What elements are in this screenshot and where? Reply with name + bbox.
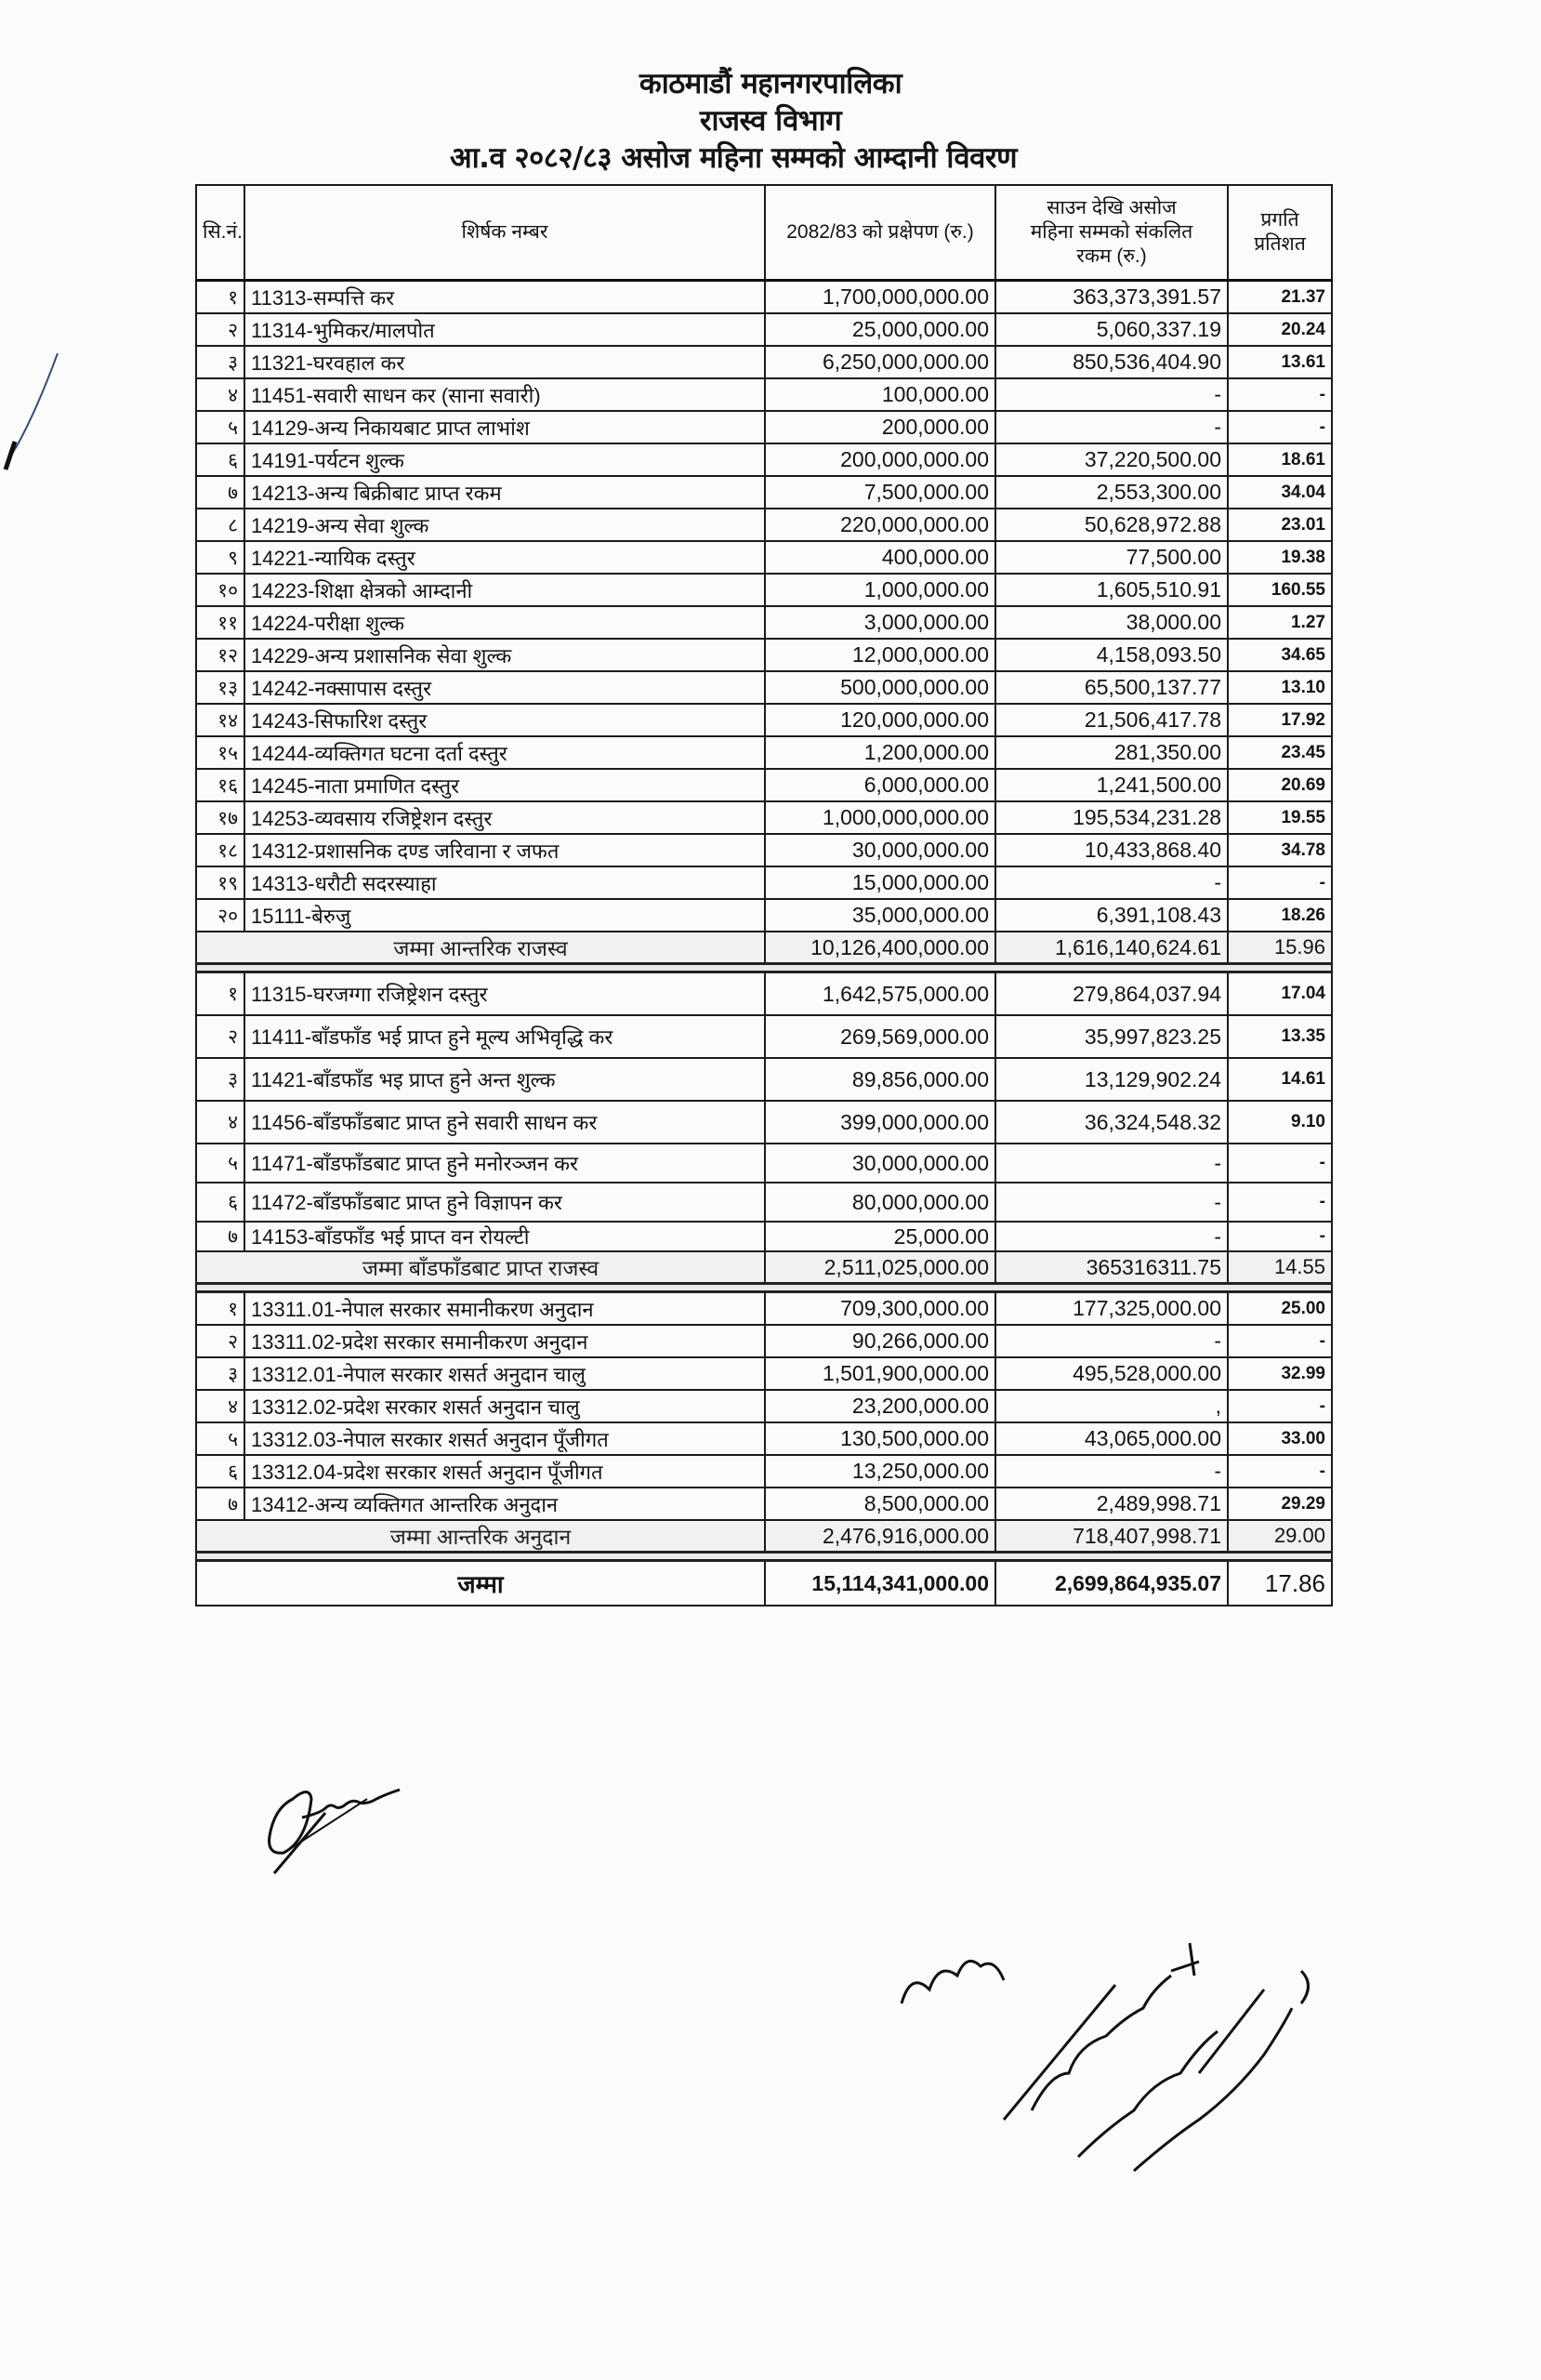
collected-amount: 36,324,548.32 bbox=[995, 1101, 1228, 1144]
revenue-heading: 13312.02-प्रदेश सरकार शसर्त अनुदान चालु bbox=[244, 1390, 765, 1422]
revenue-heading: 11421-बाँडफाँड भइ प्राप्त हुने अन्त शुल्… bbox=[244, 1058, 765, 1101]
collected-amount: 50,628,972.88 bbox=[995, 509, 1228, 541]
projection-amount: 30,000,000.00 bbox=[765, 1144, 995, 1183]
revenue-heading: 14224-परीक्षा शुल्क bbox=[244, 606, 765, 639]
progress-percent: - bbox=[1228, 1222, 1332, 1251]
table-row: १८14312-प्रशासनिक दण्ड जरिवाना र जफत30,0… bbox=[196, 834, 1332, 866]
table-row: ९14221-न्यायिक दस्तुर400,000.0077,500.00… bbox=[196, 541, 1332, 574]
table-row: ४13312.02-प्रदेश सरकार शसर्त अनुदान चालु… bbox=[196, 1390, 1332, 1422]
revenue-heading: 14242-नक्सापास दस्तुर bbox=[244, 671, 765, 704]
projection-amount: 1,000,000.00 bbox=[765, 574, 995, 606]
table-row: ५13312.03-नेपाल सरकार शसर्त अनुदान पूँजी… bbox=[196, 1422, 1332, 1455]
projection-amount: 130,500,000.00 bbox=[765, 1422, 995, 1455]
table-row: २11411-बाँडफाँड भई प्राप्त हुने मूल्य अभ… bbox=[196, 1015, 1332, 1058]
revenue-heading: 14219-अन्य सेवा शुल्क bbox=[244, 509, 765, 541]
serial-number: ५ bbox=[196, 1422, 244, 1455]
collected-amount: 38,000.00 bbox=[995, 606, 1228, 639]
table-row: ५14129-अन्य निकायबाट प्राप्त लाभांश200,0… bbox=[196, 411, 1332, 443]
collected-amount: 37,220,500.00 bbox=[995, 443, 1228, 476]
progress-percent: 13.10 bbox=[1228, 671, 1332, 704]
projection-amount: 23,200,000.00 bbox=[765, 1390, 995, 1422]
table-row: १३14242-नक्सापास दस्तुर500,000,000.0065,… bbox=[196, 671, 1332, 704]
col-progress: प्रगति प्रतिशत bbox=[1228, 185, 1332, 281]
progress-percent: 17.04 bbox=[1228, 972, 1332, 1016]
serial-number: ११ bbox=[196, 606, 244, 639]
serial-number: १९ bbox=[196, 866, 244, 899]
revenue-heading: 14129-अन्य निकायबाट प्राप्त लाभांश bbox=[244, 411, 765, 443]
margin-pen-mark bbox=[0, 353, 65, 543]
table-row: १५14244-व्यक्तिगत घटना दर्ता दस्तुर1,200… bbox=[196, 736, 1332, 769]
progress-percent: 23.45 bbox=[1228, 736, 1332, 769]
revenue-heading: 13311.01-नेपाल सरकार समानीकरण अनुदान bbox=[244, 1292, 765, 1326]
collected-amount: 43,065,000.00 bbox=[995, 1422, 1228, 1455]
table-row: ६13312.04-प्रदेश सरकार शसर्त अनुदान पूँज… bbox=[196, 1455, 1332, 1487]
col-projection: 2082/83 को प्रक्षेपण (रु.) bbox=[765, 185, 995, 281]
serial-number: १२ bbox=[196, 639, 244, 671]
collected-amount: 2,553,300.00 bbox=[995, 476, 1228, 509]
table-row: ५11471-बाँडफाँडबाट प्राप्त हुने मनोरञ्जन… bbox=[196, 1144, 1332, 1183]
projection-amount: 269,569,000.00 bbox=[765, 1015, 995, 1058]
projection-amount: 8,500,000.00 bbox=[765, 1487, 995, 1520]
serial-number: ९ bbox=[196, 541, 244, 574]
revenue-heading: 11472-बाँडफाँडबाट प्राप्त हुने विज्ञापन … bbox=[244, 1183, 765, 1222]
grand-total-label: जम्मा bbox=[196, 1561, 765, 1606]
subtotal-collected: 1,616,140,624.61 bbox=[995, 932, 1228, 964]
collected-amount: - bbox=[995, 866, 1228, 899]
subtotal-projection: 2,476,916,000.00 bbox=[765, 1520, 995, 1553]
progress-percent: - bbox=[1228, 1325, 1332, 1357]
projection-amount: 100,000.00 bbox=[765, 378, 995, 411]
progress-percent: - bbox=[1228, 1183, 1332, 1222]
serial-number: ४ bbox=[196, 378, 244, 411]
collected-amount: - bbox=[995, 1325, 1228, 1357]
progress-percent: 19.38 bbox=[1228, 541, 1332, 574]
collected-amount: - bbox=[995, 1222, 1228, 1251]
section-separator bbox=[196, 1553, 1332, 1561]
projection-amount: 3,000,000.00 bbox=[765, 606, 995, 639]
document-header: काठमाडौं महानगरपालिका राजस्व विभाग आ.व २… bbox=[0, 65, 1541, 177]
serial-number: ७ bbox=[196, 1222, 244, 1251]
revenue-heading: 11471-बाँडफाँडबाट प्राप्त हुने मनोरञ्जन … bbox=[244, 1144, 765, 1183]
table-row: ४11456-बाँडफाँडबाट प्राप्त हुने सवारी सा… bbox=[196, 1101, 1332, 1144]
collected-amount: 495,528,000.00 bbox=[995, 1357, 1228, 1390]
section-separator bbox=[196, 964, 1332, 972]
projection-amount: 1,700,000,000.00 bbox=[765, 281, 995, 314]
serial-number: ७ bbox=[196, 476, 244, 509]
serial-number: ४ bbox=[196, 1390, 244, 1422]
revenue-heading: 13312.03-नेपाल सरकार शसर्त अनुदान पूँजीग… bbox=[244, 1422, 765, 1455]
projection-amount: 1,200,000.00 bbox=[765, 736, 995, 769]
col-serial: सि.नं. bbox=[196, 185, 244, 281]
projection-amount: 12,000,000.00 bbox=[765, 639, 995, 671]
subtotal-label: जम्मा बाँडफाँडबाट प्राप्त राजस्व bbox=[196, 1251, 765, 1284]
serial-number: १ bbox=[196, 972, 244, 1016]
revenue-heading: 14223-शिक्षा क्षेत्रको आम्दानी bbox=[244, 574, 765, 606]
revenue-heading: 14244-व्यक्तिगत घटना दर्ता दस्तुर bbox=[244, 736, 765, 769]
projection-amount: 1,000,000,000.00 bbox=[765, 801, 995, 834]
collected-amount: 13,129,902.24 bbox=[995, 1058, 1228, 1101]
serial-number: २ bbox=[196, 1325, 244, 1357]
table-row: ८14219-अन्य सेवा शुल्क220,000,000.0050,6… bbox=[196, 509, 1332, 541]
progress-percent: 160.55 bbox=[1228, 574, 1332, 606]
collected-amount: 5,060,337.19 bbox=[995, 313, 1228, 346]
table-row: १11313-सम्पत्ति कर1,700,000,000.00363,37… bbox=[196, 281, 1332, 314]
serial-number: १४ bbox=[196, 704, 244, 736]
projection-amount: 1,501,900,000.00 bbox=[765, 1357, 995, 1390]
progress-percent: 17.92 bbox=[1228, 704, 1332, 736]
serial-number: १६ bbox=[196, 769, 244, 801]
subtotal-projection: 2,511,025,000.00 bbox=[765, 1251, 995, 1284]
report-title: आ.व २०८२/८३ असोज महिना सम्मको आम्दानी वि… bbox=[0, 139, 1541, 177]
progress-percent: - bbox=[1228, 1390, 1332, 1422]
serial-number: ६ bbox=[196, 1183, 244, 1222]
table-row: ११14224-परीक्षा शुल्क3,000,000.0038,000.… bbox=[196, 606, 1332, 639]
table-row: १२14229-अन्य प्रशासनिक सेवा शुल्क12,000,… bbox=[196, 639, 1332, 671]
projection-amount: 89,856,000.00 bbox=[765, 1058, 995, 1101]
progress-percent: 14.61 bbox=[1228, 1058, 1332, 1101]
revenue-heading: 11411-बाँडफाँड भई प्राप्त हुने मूल्य अभि… bbox=[244, 1015, 765, 1058]
subtotal-percent: 15.96 bbox=[1228, 932, 1332, 964]
department-name: राजस्व विभाग bbox=[0, 102, 1541, 139]
col-collected: साउन देखि असोज महिना सम्मको संकलित रकम (… bbox=[995, 185, 1228, 281]
serial-number: १ bbox=[196, 1292, 244, 1326]
table-row: ६14191-पर्यटन शुल्क200,000,000.0037,220,… bbox=[196, 443, 1332, 476]
collected-amount: 195,534,231.28 bbox=[995, 801, 1228, 834]
projection-amount: 80,000,000.00 bbox=[765, 1183, 995, 1222]
revenue-heading: 14253-व्यवसाय रजिष्ट्रेशन दस्तुर bbox=[244, 801, 765, 834]
org-name: काठमाडौं महानगरपालिका bbox=[0, 65, 1541, 102]
serial-number: १५ bbox=[196, 736, 244, 769]
progress-percent: - bbox=[1228, 378, 1332, 411]
projection-amount: 400,000.00 bbox=[765, 541, 995, 574]
grand-total-percent: 17.86 bbox=[1228, 1561, 1332, 1606]
projection-amount: 399,000,000.00 bbox=[765, 1101, 995, 1144]
projection-amount: 25,000.00 bbox=[765, 1222, 995, 1251]
projection-amount: 6,250,000,000.00 bbox=[765, 346, 995, 378]
revenue-heading: 13312.04-प्रदेश सरकार शसर्त अनुदान पूँजी… bbox=[244, 1455, 765, 1487]
progress-percent: 29.29 bbox=[1228, 1487, 1332, 1520]
serial-number: ३ bbox=[196, 346, 244, 378]
collected-amount: 77,500.00 bbox=[995, 541, 1228, 574]
section-separator bbox=[196, 1284, 1332, 1292]
collected-amount: 850,536,404.90 bbox=[995, 346, 1228, 378]
progress-percent: - bbox=[1228, 1455, 1332, 1487]
revenue-heading: 14243-सिफारिश दस्तुर bbox=[244, 704, 765, 736]
collected-amount: - bbox=[995, 411, 1228, 443]
progress-percent: 18.26 bbox=[1228, 899, 1332, 932]
collected-amount: - bbox=[995, 378, 1228, 411]
table-row: १11315-घरजग्गा रजिष्ट्रेशन दस्तुर1,642,5… bbox=[196, 972, 1332, 1016]
progress-percent: 25.00 bbox=[1228, 1292, 1332, 1326]
table-row: २11314-भुमिकर/मालपोत25,000,000.005,060,3… bbox=[196, 313, 1332, 346]
revenue-heading: 14221-न्यायिक दस्तुर bbox=[244, 541, 765, 574]
subtotal-projection: 10,126,400,000.00 bbox=[765, 932, 995, 964]
separator-cell bbox=[196, 1284, 1332, 1292]
table-row: १०14223-शिक्षा क्षेत्रको आम्दानी1,000,00… bbox=[196, 574, 1332, 606]
projection-amount: 90,266,000.00 bbox=[765, 1325, 995, 1357]
serial-number: २ bbox=[196, 313, 244, 346]
progress-percent: 20.69 bbox=[1228, 769, 1332, 801]
progress-percent: - bbox=[1228, 1144, 1332, 1183]
serial-number: २० bbox=[196, 899, 244, 932]
projection-amount: 13,250,000.00 bbox=[765, 1455, 995, 1487]
table-row: ३11421-बाँडफाँड भइ प्राप्त हुने अन्त शुल… bbox=[196, 1058, 1332, 1101]
collected-amount: 279,864,037.94 bbox=[995, 972, 1228, 1016]
collected-amount: - bbox=[995, 1144, 1228, 1183]
serial-number: ४ bbox=[196, 1101, 244, 1144]
left-signature bbox=[237, 1762, 423, 1896]
table-row: १४14243-सिफारिश दस्तुर120,000,000.0021,5… bbox=[196, 704, 1332, 736]
collected-amount: 177,325,000.00 bbox=[995, 1292, 1228, 1326]
serial-number: ६ bbox=[196, 443, 244, 476]
projection-amount: 220,000,000.00 bbox=[765, 509, 995, 541]
progress-percent: 32.99 bbox=[1228, 1357, 1332, 1390]
serial-number: १७ bbox=[196, 801, 244, 834]
table-row: ७14213-अन्य बिक्रीबाट प्राप्त रकम7,500,0… bbox=[196, 476, 1332, 509]
serial-number: ८ bbox=[196, 509, 244, 541]
progress-percent: 9.10 bbox=[1228, 1101, 1332, 1144]
revenue-heading: 11456-बाँडफाँडबाट प्राप्त हुने सवारी साध… bbox=[244, 1101, 765, 1144]
serial-number: १८ bbox=[196, 834, 244, 866]
table-row: ७13412-अन्य व्यक्तिगत आन्तरिक अनुदान8,50… bbox=[196, 1487, 1332, 1520]
revenue-heading: 14312-प्रशासनिक दण्ड जरिवाना र जफत bbox=[244, 834, 765, 866]
revenue-heading: 11321-घरवहाल कर bbox=[244, 346, 765, 378]
revenue-heading: 11451-सवारी साधन कर (साना सवारी) bbox=[244, 378, 765, 411]
table-row: ६11472-बाँडफाँडबाट प्राप्त हुने विज्ञापन… bbox=[196, 1183, 1332, 1222]
subtotal-collected: 718,407,998.71 bbox=[995, 1520, 1228, 1553]
revenue-heading: 14313-धरौटी सदरस्याहा bbox=[244, 866, 765, 899]
collected-amount: - bbox=[995, 1183, 1228, 1222]
table-row: ३13312.01-नेपाल सरकार शसर्त अनुदान चालु1… bbox=[196, 1357, 1332, 1390]
projection-amount: 200,000.00 bbox=[765, 411, 995, 443]
revenue-heading: 11314-भुमिकर/मालपोत bbox=[244, 313, 765, 346]
subtotal-collected: 365316311.75 bbox=[995, 1251, 1228, 1284]
subtotal-row: जम्मा आन्तरिक अनुदान2,476,916,000.00718,… bbox=[196, 1520, 1332, 1553]
revenue-table: सि.नं. शिर्षक नम्बर 2082/83 को प्रक्षेपण… bbox=[195, 184, 1333, 1606]
subtotal-percent: 29.00 bbox=[1228, 1520, 1332, 1553]
collected-amount: 281,350.00 bbox=[995, 736, 1228, 769]
table-header-row: सि.नं. शिर्षक नम्बर 2082/83 को प्रक्षेपण… bbox=[196, 185, 1332, 281]
grand-total-collected: 2,699,864,935.07 bbox=[995, 1561, 1228, 1606]
serial-number: ५ bbox=[196, 1144, 244, 1183]
collected-amount: 1,605,510.91 bbox=[995, 574, 1228, 606]
progress-percent: 18.61 bbox=[1228, 443, 1332, 476]
serial-number: ६ bbox=[196, 1455, 244, 1487]
projection-amount: 25,000,000.00 bbox=[765, 313, 995, 346]
subtotal-row: जम्मा बाँडफाँडबाट प्राप्त राजस्व2,511,02… bbox=[196, 1251, 1332, 1284]
grand-total-projection: 15,114,341,000.00 bbox=[765, 1561, 995, 1606]
table-row: १९14313-धरौटी सदरस्याहा15,000,000.00-- bbox=[196, 866, 1332, 899]
subtotal-row: जम्मा आन्तरिक राजस्व10,126,400,000.001,6… bbox=[196, 932, 1332, 964]
serial-number: ५ bbox=[196, 411, 244, 443]
progress-percent: 19.55 bbox=[1228, 801, 1332, 834]
table-row: २13311.02-प्रदेश सरकार समानीकरण अनुदान90… bbox=[196, 1325, 1332, 1357]
progress-percent: 34.78 bbox=[1228, 834, 1332, 866]
table-row: १13311.01-नेपाल सरकार समानीकरण अनुदान709… bbox=[196, 1292, 1332, 1326]
revenue-heading: 13312.01-नेपाल सरकार शसर्त अनुदान चालु bbox=[244, 1357, 765, 1390]
progress-percent: 21.37 bbox=[1228, 281, 1332, 314]
projection-amount: 35,000,000.00 bbox=[765, 899, 995, 932]
table-body: १11313-सम्पत्ति कर1,700,000,000.00363,37… bbox=[196, 281, 1332, 1606]
serial-number: १३ bbox=[196, 671, 244, 704]
separator-cell bbox=[196, 1553, 1332, 1561]
progress-percent: - bbox=[1228, 411, 1332, 443]
progress-percent: 34.04 bbox=[1228, 476, 1332, 509]
serial-number: ३ bbox=[196, 1058, 244, 1101]
separator-cell bbox=[196, 964, 1332, 972]
projection-amount: 30,000,000.00 bbox=[765, 834, 995, 866]
revenue-heading: 13412-अन्य व्यक्तिगत आन्तरिक अनुदान bbox=[244, 1487, 765, 1520]
progress-percent: 23.01 bbox=[1228, 509, 1332, 541]
collected-amount: 1,241,500.00 bbox=[995, 769, 1228, 801]
serial-number: १० bbox=[196, 574, 244, 606]
progress-percent: 20.24 bbox=[1228, 313, 1332, 346]
collected-amount: 10,433,868.40 bbox=[995, 834, 1228, 866]
collected-amount: 65,500,137.77 bbox=[995, 671, 1228, 704]
collected-amount: 363,373,391.57 bbox=[995, 281, 1228, 314]
progress-percent: - bbox=[1228, 866, 1332, 899]
collected-amount: 21,506,417.78 bbox=[995, 704, 1228, 736]
collected-amount: 35,997,823.25 bbox=[995, 1015, 1228, 1058]
collected-amount: 4,158,093.50 bbox=[995, 639, 1228, 671]
grand-total-row: जम्मा15,114,341,000.002,699,864,935.0717… bbox=[196, 1561, 1332, 1606]
progress-percent: 13.35 bbox=[1228, 1015, 1332, 1058]
subtotal-label: जम्मा आन्तरिक राजस्व bbox=[196, 932, 765, 964]
table-row: २०15111-बेरुजु35,000,000.006,391,108.431… bbox=[196, 899, 1332, 932]
collected-amount: 2,489,998.71 bbox=[995, 1487, 1228, 1520]
projection-amount: 500,000,000.00 bbox=[765, 671, 995, 704]
serial-number: ७ bbox=[196, 1487, 244, 1520]
serial-number: ३ bbox=[196, 1357, 244, 1390]
progress-percent: 34.65 bbox=[1228, 639, 1332, 671]
projection-amount: 200,000,000.00 bbox=[765, 443, 995, 476]
revenue-heading: 14213-अन्य बिक्रीबाट प्राप्त रकम bbox=[244, 476, 765, 509]
table-row: १६14245-नाता प्रमाणित दस्तुर6,000,000.00… bbox=[196, 769, 1332, 801]
progress-percent: 33.00 bbox=[1228, 1422, 1332, 1455]
revenue-heading: 14153-बाँडफाँड भई प्राप्त वन रोयल्टी bbox=[244, 1222, 765, 1251]
revenue-heading: 13311.02-प्रदेश सरकार समानीकरण अनुदान bbox=[244, 1325, 765, 1357]
revenue-heading: 11313-सम्पत्ति कर bbox=[244, 281, 765, 314]
subtotal-label: जम्मा आन्तरिक अनुदान bbox=[196, 1520, 765, 1553]
collected-amount: 6,391,108.43 bbox=[995, 899, 1228, 932]
progress-percent: 13.61 bbox=[1228, 346, 1332, 378]
revenue-heading: 14245-नाता प्रमाणित दस्तुर bbox=[244, 769, 765, 801]
col-heading: शिर्षक नम्बर bbox=[244, 185, 765, 281]
projection-amount: 709,300,000.00 bbox=[765, 1292, 995, 1326]
table-row: १७14253-व्यवसाय रजिष्ट्रेशन दस्तुर1,000,… bbox=[196, 801, 1332, 834]
subtotal-percent: 14.55 bbox=[1228, 1251, 1332, 1284]
right-signature-note bbox=[892, 1934, 1320, 2179]
projection-amount: 7,500,000.00 bbox=[765, 476, 995, 509]
collected-amount: , bbox=[995, 1390, 1228, 1422]
progress-percent: 1.27 bbox=[1228, 606, 1332, 639]
projection-amount: 120,000,000.00 bbox=[765, 704, 995, 736]
revenue-heading: 15111-बेरुजु bbox=[244, 899, 765, 932]
revenue-heading: 11315-घरजग्गा रजिष्ट्रेशन दस्तुर bbox=[244, 972, 765, 1016]
projection-amount: 6,000,000.00 bbox=[765, 769, 995, 801]
projection-amount: 1,642,575,000.00 bbox=[765, 972, 995, 1016]
table-row: ३11321-घरवहाल कर6,250,000,000.00850,536,… bbox=[196, 346, 1332, 378]
projection-amount: 15,000,000.00 bbox=[765, 866, 995, 899]
table-row: ४11451-सवारी साधन कर (साना सवारी)100,000… bbox=[196, 378, 1332, 411]
collected-amount: - bbox=[995, 1455, 1228, 1487]
serial-number: २ bbox=[196, 1015, 244, 1058]
revenue-heading: 14191-पर्यटन शुल्क bbox=[244, 443, 765, 476]
revenue-heading: 14229-अन्य प्रशासनिक सेवा शुल्क bbox=[244, 639, 765, 671]
serial-number: १ bbox=[196, 281, 244, 314]
table-row: ७14153-बाँडफाँड भई प्राप्त वन रोयल्टी25,… bbox=[196, 1222, 1332, 1251]
